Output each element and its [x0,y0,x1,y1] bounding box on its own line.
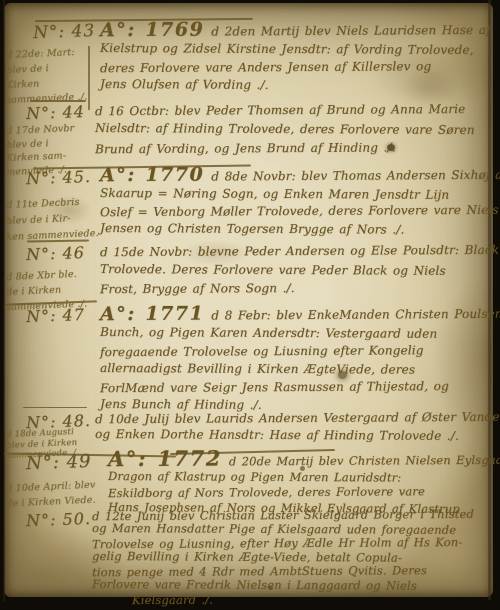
entry-line: Skaarup = Nøring Sogn, og Enken Maren Je… [100,184,490,204]
margin-note: d 11te Decbrisblev de i Kir-ken sammenvi… [6,196,94,244]
entry-text: A°: 1770d 8de Novbr: blev Thomas Anderse… [100,166,490,238]
entry-line: ForlMænd vare Seigr Jens Rasmussen af Th… [100,377,490,397]
entry-number: N°: 47 [26,305,85,326]
register-entry: N°: 44d 17de Novbrblev de iKirken sam-me… [0,101,490,158]
register-entry: N°: 48.d 18de Augustiblev de i Kirkensam… [0,410,490,444]
entry-line-text: d 8 Febr: blev EnkeManden Christen Pouls… [211,307,500,323]
entry-line: Jens Olufsen af Vording ./. [100,75,490,95]
entry-line: A°: 1771d 8 Febr: blev EnkeManden Christ… [100,303,490,325]
entry-number: N°: 44 [26,102,85,123]
entry-number: N°: 45. [26,167,92,188]
entry-line: deres Forlovere vare Anders Jensen af Ki… [100,57,490,77]
entry-line-text: d 2den Martij blev Niels Lauridsen Hase … [211,23,490,39]
entry-line: Frost, Brygge af Nors Sogn ./. [100,278,490,299]
entry-number: N°: 50. [26,509,92,530]
year-heading: A°: 1772 [108,445,222,471]
entry-line-text: d 20de Martij blev Christen Nielsen Eyls… [229,453,500,469]
entry-line: Jensen og Christen Togersen Brygge af No… [100,219,490,239]
year-heading: A°: 1771 [100,303,204,326]
entry-text: d 12te Junij blev Christian Laster Skiel… [92,508,490,606]
entry-text: d 15de Novbr: blevne Peder Andersen og E… [100,242,490,298]
register-entry: N°: 49d 10de April: blevde i Kirken Vied… [0,450,490,516]
entry-line: d 16 Octbr: blev Peder Thomsen af Brund … [95,100,490,121]
entry-text: A°: 1769d 2den Martij blev Niels Laurids… [100,20,490,94]
entry-text: d 16 Octbr: blev Peder Thomsen af Brund … [95,101,490,158]
entry-line: Eskildborg af Nors Trolovede, deres Forl… [108,484,490,502]
entry-text: A°: 1771d 8 Febr: blev EnkeManden Christ… [100,304,490,414]
register-entry: N°: 45.d 11te Decbrisblev de i Kir-ken s… [0,166,490,238]
year-heading: A°: 1769 [100,19,204,42]
entry-line-text: d 8de Novbr: blev Thomas Andersen Sixhøj… [211,168,500,184]
entry-line: A°: 1772d 20de Martij blev Christen Niel… [108,449,490,471]
entry-number: N°: 49 [26,451,92,474]
register-entry: N°: 46d 8de Xbr ble.de i Kirkensammenvie… [0,242,490,298]
entry-line: Trolovede. Deres Forlovere vare Peder Bl… [100,259,490,280]
entry-line: allernaadigst Bevilling i Kirken ÆgteVie… [100,359,490,379]
entry-line: Kielsgaard ./. [132,591,490,607]
entry-line: A°: 1770d 8de Novbr: blev Thomas Anderse… [100,165,490,187]
entry-line: Nielsdtr: af Hinding Trolovede, deres Fo… [95,119,490,140]
entry-line: Oslef = Venborg Møller Trolovede, deres … [100,202,490,222]
entry-text: d 10de Julij blev Laurids Andersen Veste… [95,410,490,444]
entry-line: og Enken Dorthe Hansdtr: Hase af Hinding… [95,426,490,445]
margin-note: d 22de: Mart:blev de iKirkensammenviede … [6,46,94,106]
entry-number: N°: 46 [26,243,85,264]
register-entry: N°: 47A°: 1771d 8 Febr: blev EnkeManden … [0,304,490,414]
register-entry: N°: 43d 22de: Mart:blev de iKirkensammen… [0,20,490,94]
margin-note: d 10de April: blevde i Kirken Viede. [6,479,116,509]
entry-line: Kielstrup og Zidsel Kirstine Jensdtr: af… [100,39,490,59]
entry-text: A°: 1772d 20de Martij blev Christen Niel… [108,450,490,516]
year-heading: A°: 1770 [100,164,204,187]
entry-line: d 15de Novbr: blevne Peder Andersen og E… [100,241,490,262]
manuscript-photo: N°: 43d 22de: Mart:blev de iKirkensammen… [0,0,500,610]
register-entry: N°: 50.d 12te Junij blev Christian Laste… [0,508,490,606]
entry-line: foregaaende Trolovelse og Liusning efter… [100,341,490,361]
entry-line: A°: 1769d 2den Martij blev Niels Laurids… [100,19,490,41]
entry-line: Bunch, og Pigen Karen Andersdtr: Vesterg… [100,323,490,343]
register-entries: N°: 43d 22de: Mart:blev de iKirkensammen… [0,0,500,610]
entry-number: N°: 43 [33,21,96,43]
entry-line: Brund af Vording, og Jens Brund af Hindi… [95,138,490,159]
